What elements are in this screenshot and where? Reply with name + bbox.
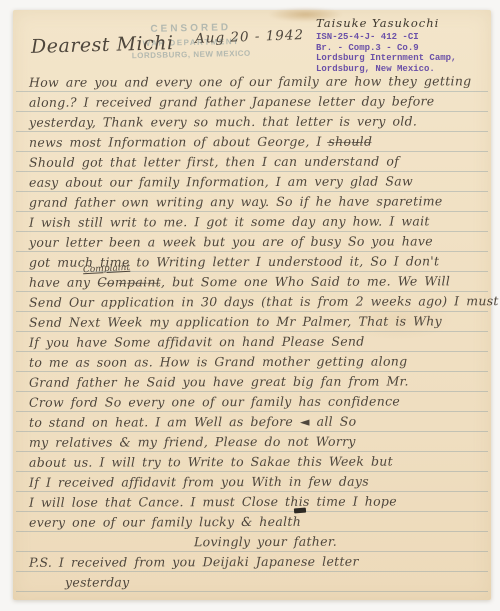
letter-body: How are you and every one of our family … [29,72,487,592]
sender-isn: ISN-25-4-J- 412 -CI [316,32,490,43]
body-line: my relatives & my friend, Please do not … [29,431,487,453]
body-line: yesterday, Thank every so much. that let… [29,111,487,133]
body-line: I will lose that Cance. I must Close thi… [29,491,487,513]
ps-line: P.S. I received from you Deijaki Japanes… [29,551,487,573]
body-line: news most Information of about George, I… [29,131,487,153]
sender-unit: Br. - Comp.3 - Co.9 [316,43,490,54]
body-line: got much time to Writing letter I unders… [29,251,487,273]
salutation: Dearest Michi [31,32,174,58]
body-line: If I received affidavit from you With in… [29,471,487,493]
sender-block: Taisuke Yasukochi ISN-25-4-J- 412 -CI Br… [316,16,490,74]
body-line: have any C̶o̶m̶p̶a̶i̶n̶t̶, but Some one … [29,271,487,293]
letter-date: Aug 20 - 1942 [195,27,305,47]
body-line: every one of our family lucky & health [29,511,487,533]
body-line: Send Our application in 30 days (that is… [29,291,487,313]
body-line: If you have Some affidavit on hand Pleas… [29,331,487,353]
ps-line: yesterday [29,571,487,593]
body-line: your letter been a week but you are of b… [29,231,487,253]
body-line: Should got that letter first, then I can… [29,151,487,173]
body-line: to me as soon as. How is Grand mother ge… [29,351,487,373]
body-line: Grand father he Said you have great big … [29,371,487,393]
body-line: Send Next Week my application to Mr Palm… [29,311,487,333]
letter-paper: CENSORED WAR DEPARTMENT LORDSBURG, NEW M… [13,10,491,600]
body-line: along.? I received grand father Japanese… [29,91,487,113]
body-line: How are you and every one of our family … [29,71,487,93]
body-line: easy about our family Information, I am … [29,171,487,193]
letter-scan: { "letter": { "salutation": "Dearest Mic… [0,0,500,611]
sender-camp: Lordsburg Internment Camp, [316,53,490,64]
body-line: I wish still writ to me. I got it some d… [29,211,487,233]
body-line: about us. I will try to Write to Sakae t… [29,451,487,473]
closing-signature: Lovingly your father. [29,531,487,553]
body-line: Crow ford So every one of our family has… [29,391,487,413]
body-line: to stand on heat. I am Well as before ◄ … [29,411,487,433]
sender-name: Taisuke Yasukochi [316,16,490,30]
body-line: grand father own writing any way. So if … [29,191,487,213]
